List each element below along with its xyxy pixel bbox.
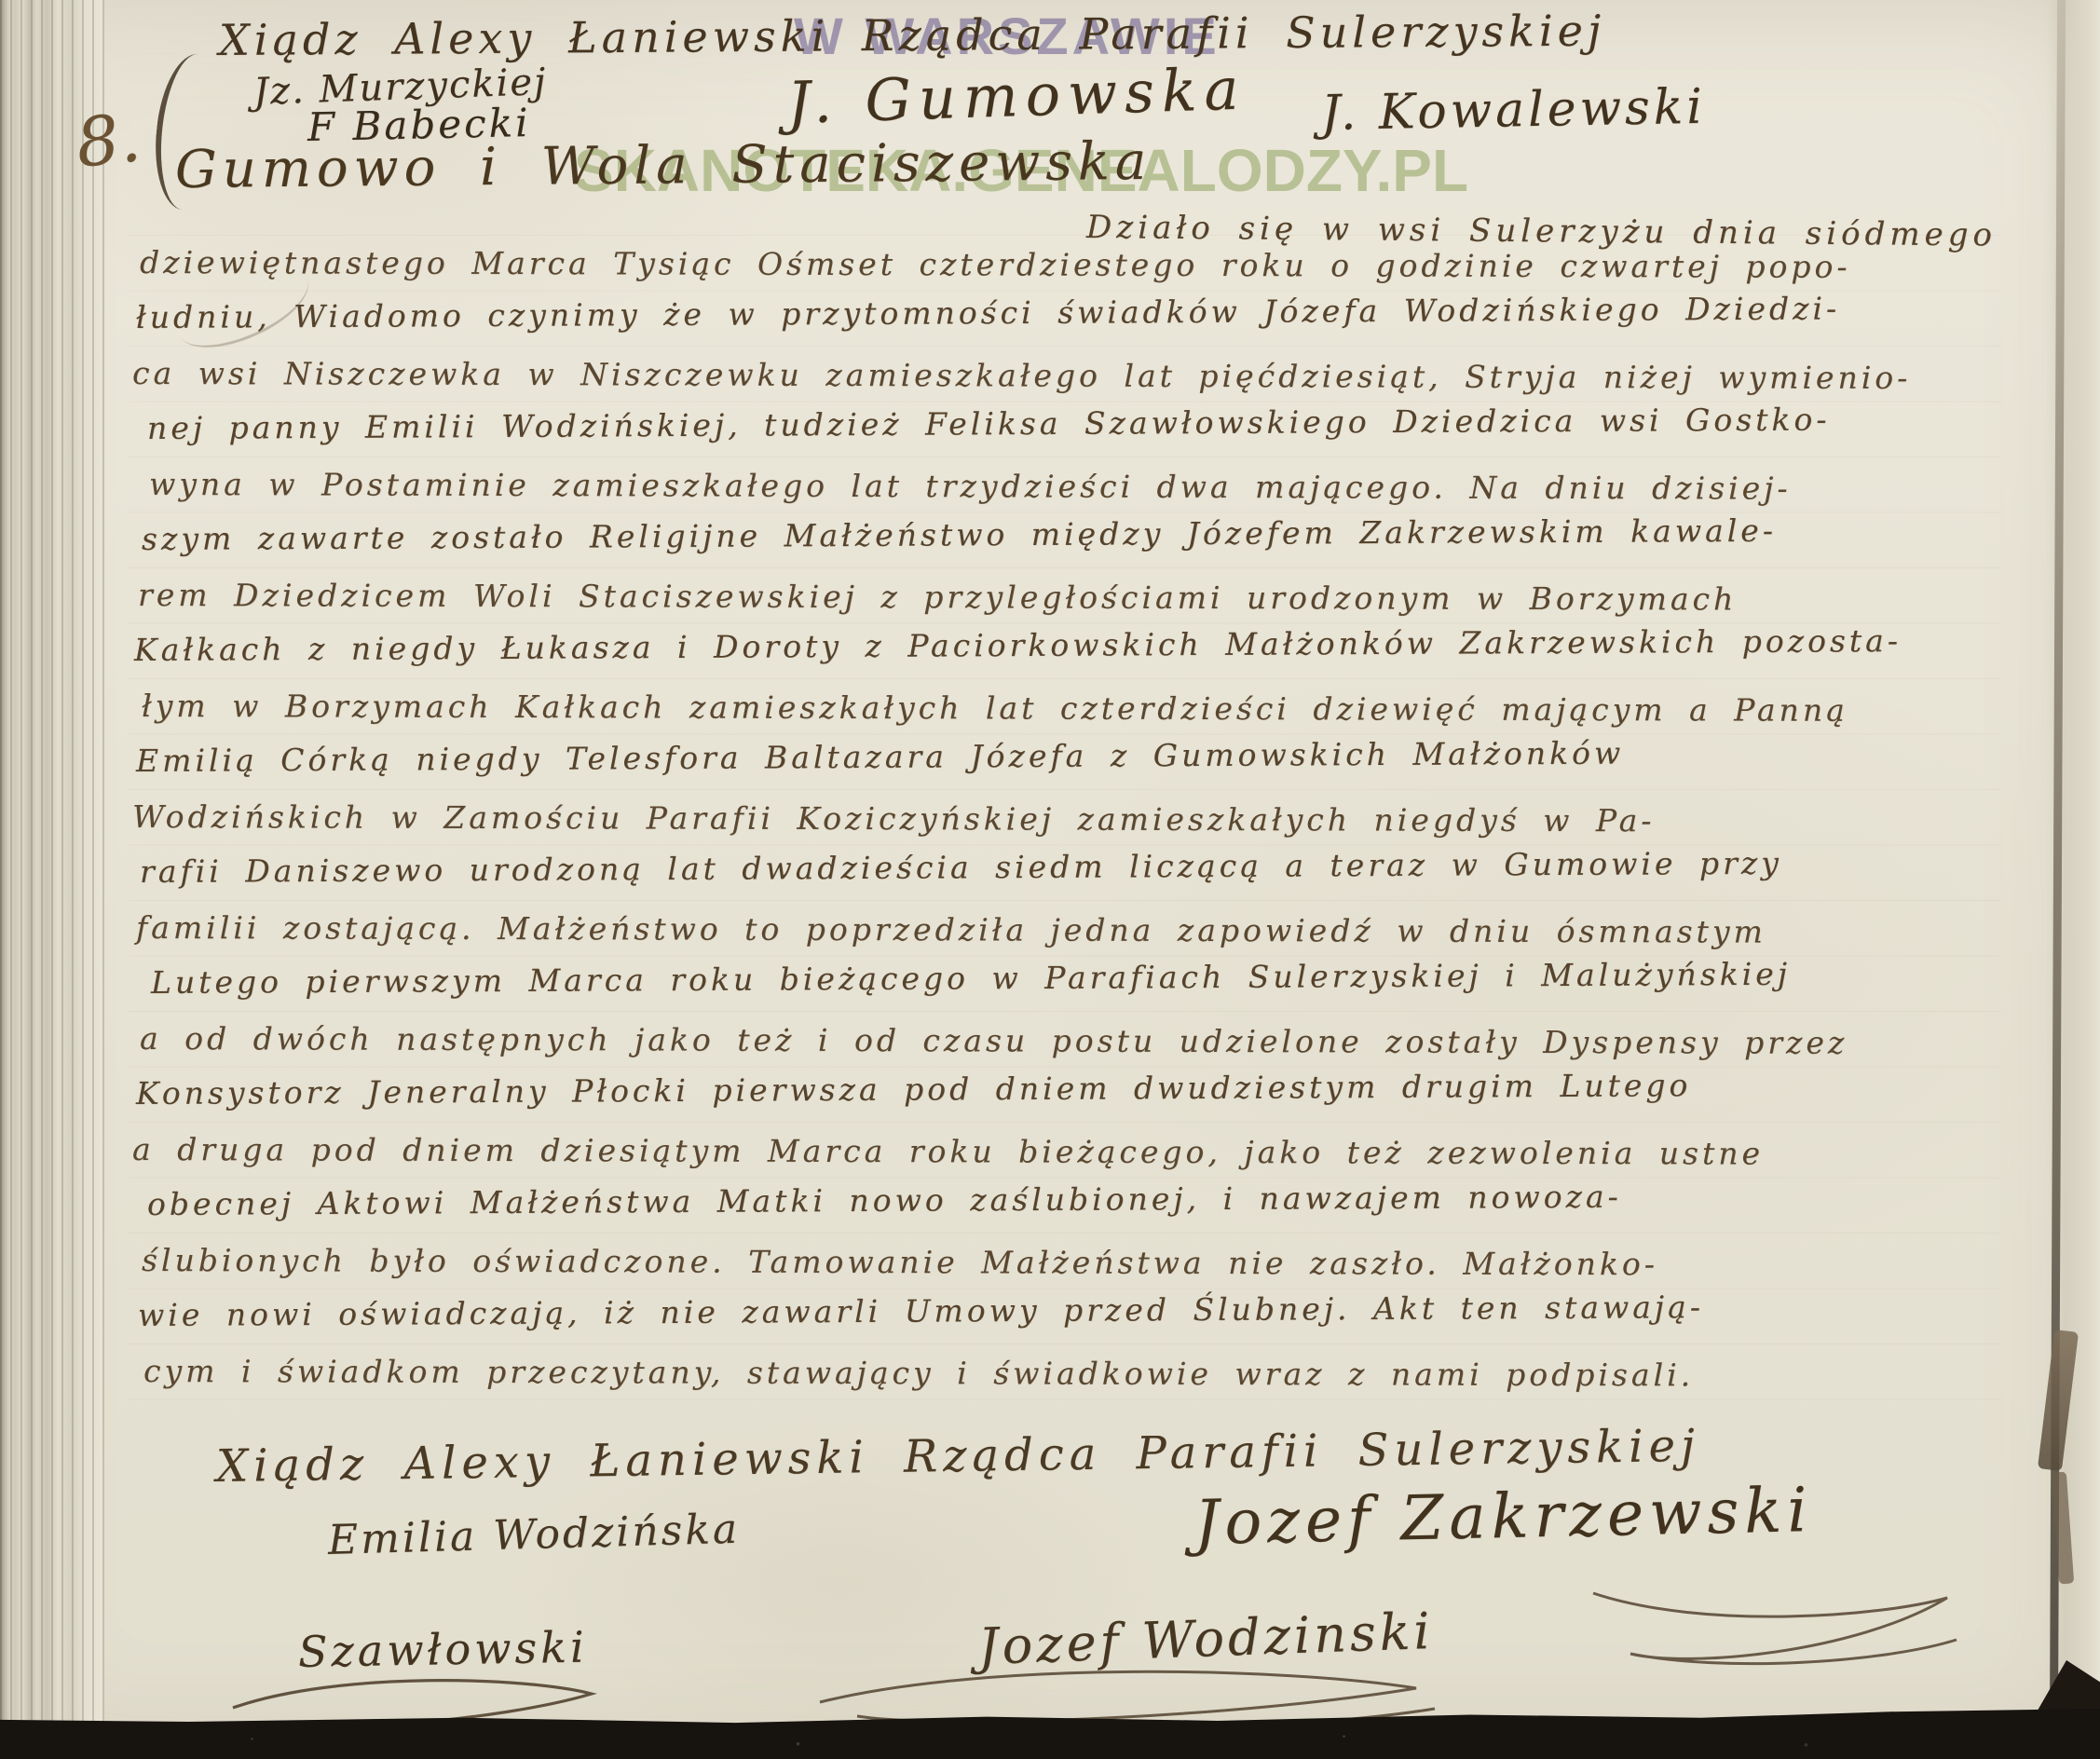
- annotation-gumowska: J. Gumowska: [786, 55, 1248, 137]
- body-line: a od dwóch następnych jako też i od czas…: [140, 1020, 1848, 1061]
- book-gutter: [0, 0, 104, 1759]
- body-line: familii zostającą. Małżeństwo to poprzed…: [136, 909, 1766, 950]
- body-line: ca wsi Niszczewka w Niszczewku zamieszka…: [132, 355, 1911, 396]
- body-line: łym w Borzymach Kałkach zamieszkałych la…: [142, 688, 1848, 729]
- annotation-kowalewski: J. Kowalewski: [1320, 79, 1706, 142]
- signature-flourish: [1575, 1565, 1975, 1686]
- body-line: dziewiętnastego Marca Tysiąc Ośmset czte…: [140, 244, 1851, 285]
- scan-bottom-band: [0, 1709, 2100, 1759]
- act-number: 8.: [73, 98, 144, 183]
- act-title: Gumowo i Wola Staciszewska: [175, 131, 1152, 200]
- body-line: ślubionych było oświadczone. Tamowanie M…: [142, 1242, 1658, 1282]
- body-line: wyna w Postaminie zamieszkałego lat trzy…: [149, 466, 1792, 507]
- signature-emilia-wodzinska: Emilia Wodzińska: [327, 1506, 741, 1564]
- scanned-register-page: W WARSZAWIE SKANOTEKA.GENEALODZY.PL Xiąd…: [0, 0, 2100, 1759]
- body-line: cym i świadkom przeczytany, stawający i …: [143, 1353, 1694, 1393]
- body-line: Wodzińskich w Zamościu Parafii Koziczyńs…: [132, 798, 1656, 839]
- header-priest-line: Xiądz Alexy Łaniewski Rządca Parafii Sul…: [219, 6, 1605, 65]
- signature-jozef-wodzinski: Jozef Wodzinski: [977, 1602, 1435, 1676]
- body-line: obecnej Aktowi Małżeństwa Matki nowo zaś…: [147, 1179, 1622, 1222]
- body-line: Emilią Córką niegdy Telesfora Baltazara …: [136, 735, 1624, 779]
- signature-jozef-zakrzewski: Jozef Zakrzewski: [1193, 1474, 1813, 1559]
- signature-szawlowski: Szawłowski: [298, 1622, 589, 1677]
- body-line: a druga pod dniem dziesiątym Marca roku …: [132, 1131, 1764, 1172]
- body-line: rem Dziedzicem Woli Staciszewskiej z prz…: [138, 577, 1737, 617]
